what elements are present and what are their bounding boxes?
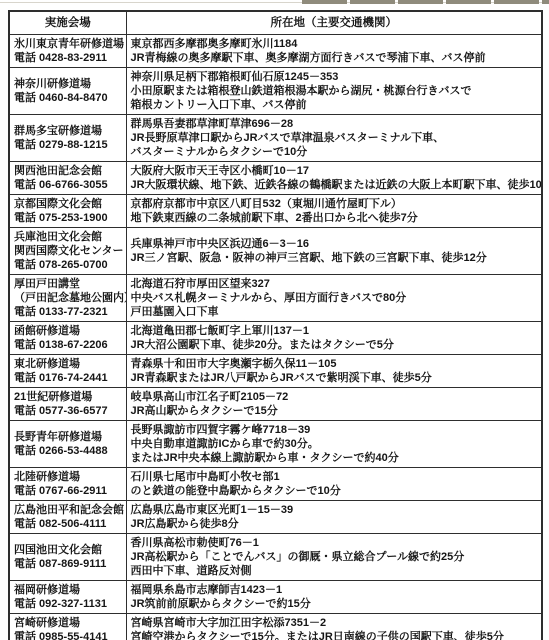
- venue-cell-line: 電話 0176-74-2441: [14, 371, 122, 385]
- table-row: 氷川東京青年研修道場電話 0428-83-2911東京都西多摩郡奥多摩町氷川11…: [9, 35, 542, 68]
- location-cell-line: JR筑前前原駅からタクシーで約15分: [131, 597, 538, 611]
- table-row: 宮崎研修道場電話 0985-55-4141宮崎県宮崎市大字加江田字松添7351－…: [9, 614, 542, 640]
- table-row: 四国池田文化会館電話 087-869-9111香川県高松市勅使町76－1JR高松…: [9, 534, 542, 581]
- venue-cell-line: 関西池田記念会館: [14, 164, 122, 178]
- table-row: 群馬多宝研修道場電話 0279-88-1215群馬県吾妻郡草津町草津696－28…: [9, 115, 542, 162]
- venue-cell-line: 電話 0266-53-4488: [14, 444, 122, 458]
- location-cell-line: 中央自動車道諏訪ICから車で約30分。: [131, 437, 538, 451]
- table-row: 厚田戸田講堂（戸田記念墓地公園内）電話 0133-77-2321北海道石狩市厚田…: [9, 275, 542, 322]
- venue-cell: 函館研修道場電話 0138-67-2206: [9, 322, 126, 355]
- strip-segment: [446, 0, 491, 4]
- location-cell-line: 福岡県糸島市志摩師吉1423－1: [131, 583, 538, 597]
- strip-segment: [542, 0, 549, 4]
- location-cell-line: 中央バス札幌ターミナルから、厚田方面行きバスで80分: [131, 291, 538, 305]
- location-cell-line: 小田原駅または箱根登山鉄道箱根湯本駅から湖尻・桃源台行きバスで: [131, 84, 538, 98]
- location-cell-line: 石川県七尾市中島町小牧セ部1: [131, 470, 538, 484]
- venue-table: 実施会場 所在地（主要交通機関） 氷川東京青年研修道場電話 0428-83-29…: [8, 10, 543, 640]
- venue-cell-line: 北陸研修道場: [14, 470, 122, 484]
- location-cell-line: 北海道石狩市厚田区望来327: [131, 277, 538, 291]
- location-cell-line: JR長野原草津口駅からJRバスで草津温泉バスターミナル下車、: [131, 131, 538, 145]
- location-cell-line: 広島県広島市東区光町1－15－39: [131, 503, 538, 517]
- location-cell: 東京都西多摩郡奥多摩町氷川1184JR青梅線の奥多摩駅下車、奥多摩湖方面行きバス…: [126, 35, 542, 68]
- venue-cell-line: 電話 06-6766-3055: [14, 178, 122, 192]
- header-venue: 実施会場: [9, 11, 126, 35]
- venue-cell: 氷川東京青年研修道場電話 0428-83-2911: [9, 35, 126, 68]
- location-cell-line: のと鉄道の能登中島駅からタクシーで10分: [131, 484, 538, 498]
- location-cell-line: バスターミナルからタクシーで10分: [131, 145, 538, 159]
- venue-cell-line: 電話 0133-77-2321: [14, 305, 122, 319]
- location-cell: 神奈川県足柄下郡箱根町仙石原1245－353小田原駅または箱根登山鉄道箱根湯本駅…: [126, 68, 542, 115]
- location-cell: 京都府京都市中京区八町目532（東堀川通竹屋町下ル）地下鉄東西線の二条城前駅下車…: [126, 195, 542, 228]
- table-row: 関西池田記念会館電話 06-6766-3055大阪府大阪市天王寺区小橋町10－1…: [9, 162, 542, 195]
- venue-cell: 東北研修道場電話 0176-74-2441: [9, 355, 126, 388]
- venue-cell-line: 広島池田平和記念会館: [14, 503, 122, 517]
- location-cell: 北海道亀田郡七飯町字上軍川137－1JR大沼公園駅下車、徒歩20分。またはタクシ…: [126, 322, 542, 355]
- location-cell-line: 群馬県吾妻郡草津町草津696－28: [131, 117, 538, 131]
- venue-cell-line: 四国池田文化会館: [14, 543, 122, 557]
- strip-segment: [302, 0, 347, 4]
- venue-cell: 北陸研修道場電話 0767-66-2911: [9, 468, 126, 501]
- location-cell: 大阪府大阪市天王寺区小橋町10－17JR大阪環状線、地下鉄、近鉄各線の鶴橋駅また…: [126, 162, 542, 195]
- venue-cell: 21世紀研修道場電話 0577-36-6577: [9, 388, 126, 421]
- document-page: 実施会場 所在地（主要交通機関） 氷川東京青年研修道場電話 0428-83-29…: [0, 0, 549, 640]
- location-cell-line: JR青森駅またはJR八戸駅からJRバスで紫明渓下車、徒歩5分: [131, 371, 538, 385]
- venue-cell-line: 電話 087-869-9111: [14, 557, 122, 571]
- location-cell: 長野県諏訪市四賀字霧ケ峰7718－39中央自動車道諏訪ICから車で約30分。また…: [126, 421, 542, 468]
- location-cell-line: 長野県諏訪市四賀字霧ケ峰7718－39: [131, 423, 538, 437]
- location-cell: 福岡県糸島市志摩師吉1423－1JR筑前前原駅からタクシーで約15分: [126, 581, 542, 614]
- venue-cell: 京都国際文化会館電話 075-253-1900: [9, 195, 126, 228]
- strip-segment: [350, 0, 395, 4]
- location-cell-line: JR青梅線の奥多摩駅下車、奥多摩湖方面行きバスで琴浦下車、バス停前: [131, 51, 538, 65]
- venue-cell-line: 電話 075-253-1900: [14, 211, 122, 225]
- location-cell-line: 兵庫県神戸市中央区浜辺通6－3－16: [131, 237, 538, 251]
- location-cell: 岐阜県高山市江名子町2105－72JR高山駅からタクシーで15分: [126, 388, 542, 421]
- table-row: 兵庫池田文化会館関西国際文化センター電話 078-265-0700兵庫県神戸市中…: [9, 228, 542, 275]
- venue-cell-line: 東北研修道場: [14, 357, 122, 371]
- header-row: 実施会場 所在地（主要交通機関）: [9, 11, 542, 35]
- venue-cell-line: 群馬多宝研修道場: [14, 124, 122, 138]
- location-cell: 広島県広島市東区光町1－15－39JR広島駅から徒歩8分: [126, 501, 542, 534]
- location-cell-line: 宮崎空港からタクシーで15分。またはJR日南線の子供の国駅下車、徒歩5分: [131, 630, 538, 640]
- table-row: 京都国際文化会館電話 075-253-1900京都府京都市中京区八町目532（東…: [9, 195, 542, 228]
- strip-segment: [398, 0, 443, 4]
- venue-cell-line: 宮崎研修道場: [14, 616, 122, 630]
- table-row: 東北研修道場電話 0176-74-2441青森県十和田市大字奥瀬字栃久保11－1…: [9, 355, 542, 388]
- venue-cell: 宮崎研修道場電話 0985-55-4141: [9, 614, 126, 640]
- location-cell-line: 西田中下車、道路反対側: [131, 564, 538, 578]
- location-cell: 宮崎県宮崎市大字加江田字松添7351－2宮崎空港からタクシーで15分。またはJR…: [126, 614, 542, 640]
- cropped-table-edge: [0, 0, 549, 6]
- venue-cell-line: 電話 0279-88-1215: [14, 138, 122, 152]
- venue-cell: 長野青年研修道場電話 0266-53-4488: [9, 421, 126, 468]
- venue-cell-line: 電話 092-327-1131: [14, 597, 122, 611]
- table-row: 北陸研修道場電話 0767-66-2911石川県七尾市中島町小牧セ部1のと鉄道の…: [9, 468, 542, 501]
- venue-cell-line: 電話 0460-84-8470: [14, 91, 122, 105]
- location-cell-line: 東京都西多摩郡奥多摩町氷川1184: [131, 37, 538, 51]
- location-cell-line: 北海道亀田郡七飯町字上軍川137－1: [131, 324, 538, 338]
- location-cell-line: JR大沼公園駅下車、徒歩20分。またはタクシーで5分: [131, 338, 538, 352]
- venue-cell-line: 電話 0577-36-6577: [14, 404, 122, 418]
- table-row: 21世紀研修道場電話 0577-36-6577岐阜県高山市江名子町2105－72…: [9, 388, 542, 421]
- venue-cell-line: 21世紀研修道場: [14, 390, 122, 404]
- venue-cell: 広島池田平和記念会館電話 082-506-4111: [9, 501, 126, 534]
- venue-cell-line: 函館研修道場: [14, 324, 122, 338]
- venue-cell-line: 電話 082-506-4111: [14, 517, 122, 531]
- table-row: 福岡研修道場電話 092-327-1131福岡県糸島市志摩師吉1423－1JR筑…: [9, 581, 542, 614]
- location-cell-line: 箱根カントリー入口下車、バス停前: [131, 98, 538, 112]
- location-cell: 兵庫県神戸市中央区浜辺通6－3－16JR三ノ宮駅、阪急・阪神の神戸三宮駅、地下鉄…: [126, 228, 542, 275]
- location-cell: 北海道石狩市厚田区望来327中央バス札幌ターミナルから、厚田方面行きバスで80分…: [126, 275, 542, 322]
- venue-cell-line: 兵庫池田文化会館: [14, 230, 122, 244]
- location-cell-line: またはJR中央本線上諏訪駅から車・タクシーで約40分: [131, 451, 538, 465]
- venue-cell-line: 長野青年研修道場: [14, 430, 122, 444]
- venue-cell: 四国池田文化会館電話 087-869-9111: [9, 534, 126, 581]
- venue-cell-line: 福岡研修道場: [14, 583, 122, 597]
- location-cell: 石川県七尾市中島町小牧セ部1のと鉄道の能登中島駅からタクシーで10分: [126, 468, 542, 501]
- venue-cell-line: 神奈川研修道場: [14, 77, 122, 91]
- venue-cell-line: 氷川東京青年研修道場: [14, 37, 122, 51]
- venue-cell: 神奈川研修道場電話 0460-84-8470: [9, 68, 126, 115]
- table-row: 函館研修道場電話 0138-67-2206北海道亀田郡七飯町字上軍川137－1J…: [9, 322, 542, 355]
- strip-segment: [494, 0, 539, 4]
- venue-cell-line: （戸田記念墓地公園内）: [14, 291, 122, 305]
- table-row: 長野青年研修道場電話 0266-53-4488長野県諏訪市四賀字霧ケ峰7718－…: [9, 421, 542, 468]
- location-cell: 青森県十和田市大字奥瀬字栃久保11－105JR青森駅またはJR八戸駅からJRバス…: [126, 355, 542, 388]
- table-row: 神奈川研修道場電話 0460-84-8470神奈川県足柄下郡箱根町仙石原1245…: [9, 68, 542, 115]
- location-cell-line: 岐阜県高山市江名子町2105－72: [131, 390, 538, 404]
- venue-cell-line: 電話 078-265-0700: [14, 258, 122, 272]
- venue-cell: 関西池田記念会館電話 06-6766-3055: [9, 162, 126, 195]
- venue-cell-line: 電話 0138-67-2206: [14, 338, 122, 352]
- location-cell-line: JR三ノ宮駅、阪急・阪神の神戸三宮駅、地下鉄の三宮駅下車、徒歩12分: [131, 251, 538, 265]
- venue-cell-line: 京都国際文化会館: [14, 197, 122, 211]
- location-cell-line: JR大阪環状線、地下鉄、近鉄各線の鶴橋駅または近鉄の大阪上本町駅下車、徒歩10分: [131, 178, 538, 192]
- location-cell: 香川県高松市勅使町76－1JR高松駅から「ことでんバス」の御厩・県立総合プール線…: [126, 534, 542, 581]
- venue-cell-line: 電話 0767-66-2911: [14, 484, 122, 498]
- venue-cell: 群馬多宝研修道場電話 0279-88-1215: [9, 115, 126, 162]
- table-row: 広島池田平和記念会館電話 082-506-4111広島県広島市東区光町1－15－…: [9, 501, 542, 534]
- location-cell-line: 香川県高松市勅使町76－1: [131, 536, 538, 550]
- location-cell: 群馬県吾妻郡草津町草津696－28JR長野原草津口駅からJRバスで草津温泉バスタ…: [126, 115, 542, 162]
- location-cell-line: 青森県十和田市大字奥瀬字栃久保11－105: [131, 357, 538, 371]
- venue-cell-line: 電話 0428-83-2911: [14, 51, 122, 65]
- venue-cell-line: 電話 0985-55-4141: [14, 630, 122, 640]
- location-cell-line: 大阪府大阪市天王寺区小橋町10－17: [131, 164, 538, 178]
- location-cell-line: 京都府京都市中京区八町目532（東堀川通竹屋町下ル）: [131, 197, 538, 211]
- location-cell-line: 戸田墓園入口下車: [131, 305, 538, 319]
- venue-cell: 厚田戸田講堂（戸田記念墓地公園内）電話 0133-77-2321: [9, 275, 126, 322]
- location-cell-line: JR広島駅から徒歩8分: [131, 517, 538, 531]
- location-cell-line: 神奈川県足柄下郡箱根町仙石原1245－353: [131, 70, 538, 84]
- venue-cell-line: 関西国際文化センター: [14, 244, 122, 258]
- location-cell-line: 地下鉄東西線の二条城前駅下車、2番出口から北へ徒歩7分: [131, 211, 538, 225]
- location-cell-line: 宮崎県宮崎市大字加江田字松添7351－2: [131, 616, 538, 630]
- venue-cell: 兵庫池田文化会館関西国際文化センター電話 078-265-0700: [9, 228, 126, 275]
- venue-cell: 福岡研修道場電話 092-327-1131: [9, 581, 126, 614]
- header-location: 所在地（主要交通機関）: [126, 11, 542, 35]
- venue-cell-line: 厚田戸田講堂: [14, 277, 122, 291]
- location-cell-line: JR高山駅からタクシーで15分: [131, 404, 538, 418]
- location-cell-line: JR高松駅から「ことでんバス」の御厩・県立総合プール線で約25分: [131, 550, 538, 564]
